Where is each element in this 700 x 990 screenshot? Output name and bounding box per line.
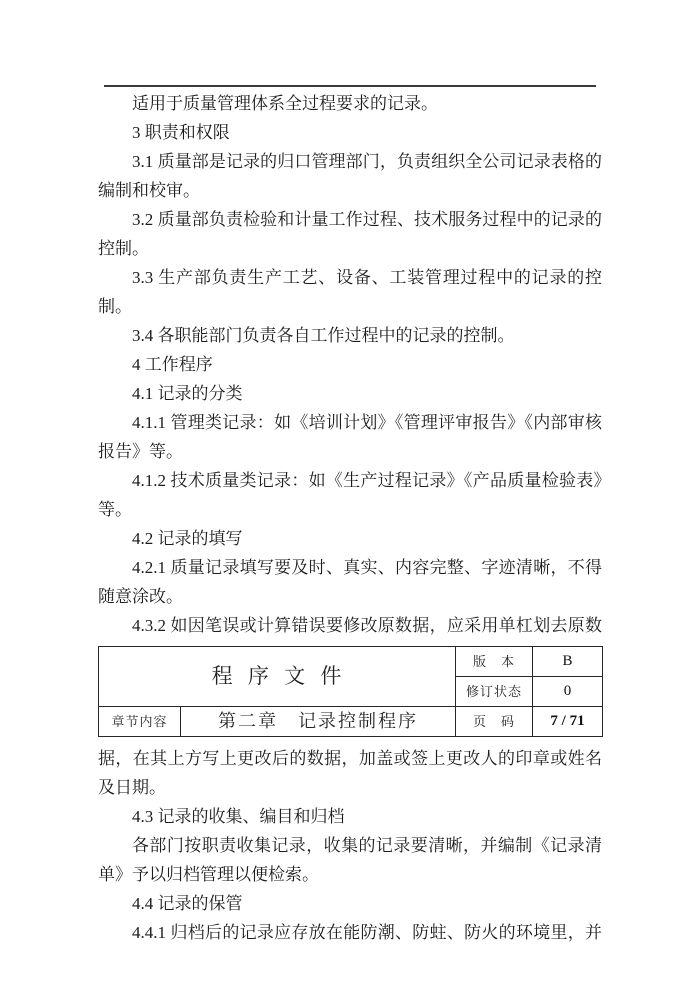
clause-4-4: 4.4 记录的保管 <box>98 889 602 918</box>
revision-status-label: 修订状态 <box>456 677 533 707</box>
clause-4-4-1: 4.4.1 归档后的记录应存放在能防潮、防蛀、防火的环境里，并 <box>98 918 602 947</box>
procedure-document-header-table: 程 序 文 件 版 本 B 修订状态 0 章节内容 第二章 记录控制程序 页 码… <box>98 646 603 737</box>
clause-4-2-1: 4.2.1 质量记录填写要及时、真实、内容完整、字迹清晰，不得随意涂改。 <box>98 553 602 611</box>
clause-4-1-2: 4.1.2 技术质量类记录：如《生产过程记录》《产品质量检验表》等。 <box>98 466 602 524</box>
page-number-value: 7 / 71 <box>533 707 603 737</box>
document-page: 适用于质量管理体系全过程要求的记录。 3 职责和权限 3.1 质量部是记录的归口… <box>0 0 700 990</box>
clause-4-3: 4.3 记录的收集、编目和归档 <box>98 802 602 831</box>
para-scope-statement: 适用于质量管理体系全过程要求的记录。 <box>98 89 602 118</box>
document-body: 适用于质量管理体系全过程要求的记录。 3 职责和权限 3.1 质量部是记录的归口… <box>98 89 602 947</box>
chapter-content-label: 章节内容 <box>99 707 181 737</box>
header-separator-line <box>104 85 596 87</box>
revision-status-value: 0 <box>533 677 603 707</box>
version-label: 版 本 <box>456 647 533 677</box>
clause-3-4: 3.4 各职能部门负责各自工作过程中的记录的控制。 <box>98 321 602 350</box>
clause-4-2: 4.2 记录的填写 <box>98 524 602 553</box>
clause-3-3: 3.3 生产部负责生产工艺、设备、工装管理过程中的记录的控制。 <box>98 263 602 321</box>
clause-4-3-2-part1: 4.3.2 如因笔误或计算错误要修改原数据，应采用单杠划去原数 <box>98 611 602 640</box>
heading-4-work-procedure: 4 工作程序 <box>98 350 602 379</box>
para-records-collection: 各部门按职责收集记录，收集的记录要清晰，并编制《记录清单》予以归档管理以便检索。 <box>98 831 602 889</box>
clause-3-1: 3.1 质量部是记录的归口管理部门，负责组织全公司记录表格的编制和校审。 <box>98 147 602 205</box>
chapter-content-value: 第二章 记录控制程序 <box>181 707 456 737</box>
version-value: B <box>533 647 603 677</box>
document-type-title: 程 序 文 件 <box>99 647 456 707</box>
clause-4-1-1: 4.1.1 管理类记录：如《培训计划》《管理评审报告》《内部审核报告》等。 <box>98 408 602 466</box>
heading-3-responsibilities: 3 职责和权限 <box>98 118 602 147</box>
page-number-label: 页 码 <box>456 707 533 737</box>
clause-3-2: 3.2 质量部负责检验和计量工作过程、技术服务过程中的记录的控制。 <box>98 205 602 263</box>
clause-4-1: 4.1 记录的分类 <box>98 379 602 408</box>
clause-4-3-2-part2: 据，在其上方写上更改后的数据，加盖或签上更改人的印章或姓名及日期。 <box>98 744 602 802</box>
